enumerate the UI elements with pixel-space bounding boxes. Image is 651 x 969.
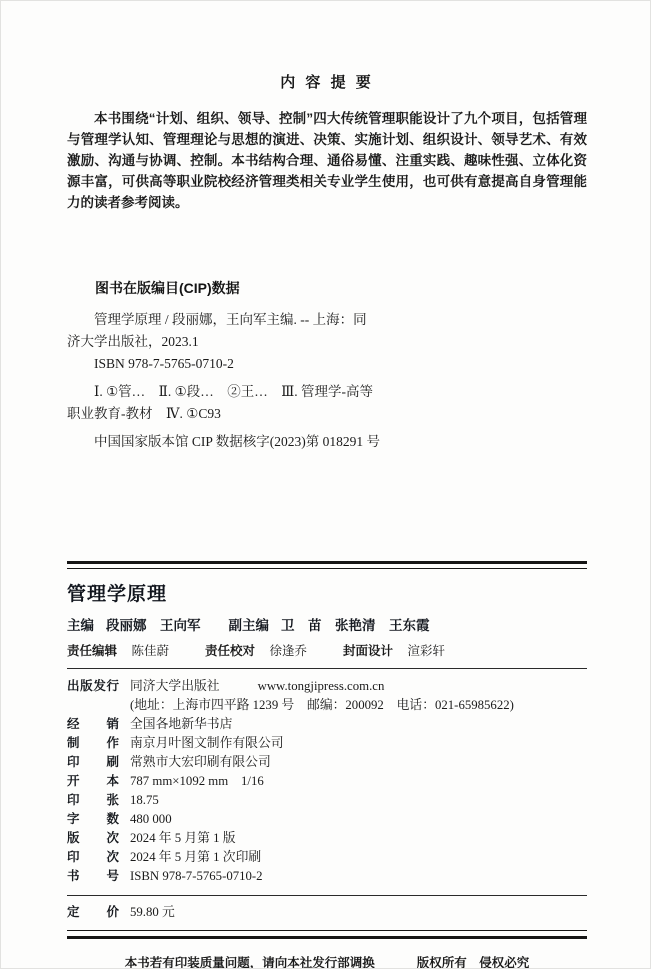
distribution-value: 全国各地新华书店: [130, 715, 232, 734]
isbn-label: 书号: [67, 867, 119, 886]
summary-title: 内 容 提 要: [67, 71, 587, 92]
cip-title-line: 管理学原理 / 段丽娜，王向军主编. -- 上海：同: [94, 309, 587, 331]
printing-label: 印刷: [67, 753, 119, 772]
chief-editor-label: 主编: [67, 614, 94, 634]
content-summary-section: 内 容 提 要 本书围绕“计划、组织、领导、控制”四大传统管理职能设计了九个项目…: [67, 1, 587, 213]
table-row-format: 开本 787 mm×1092 mm 1/16: [67, 772, 587, 791]
cip-heading: 图书在版编目(CIP)数据: [95, 277, 587, 299]
quality-notice: 本书若有印装质量问题，请向本社发行部调换: [125, 953, 375, 969]
table-row-distribution: 经销 全国各地新华书店: [67, 715, 587, 734]
table-row-wordcount: 字数 480 000: [67, 810, 587, 829]
cip-classification-line2: 职业教育-教材 Ⅳ. ①C93: [67, 403, 587, 425]
bottom-double-rule: [67, 930, 587, 939]
printing-value: 常熟市大宏印刷有限公司: [130, 753, 271, 772]
top-double-rule: [67, 561, 587, 569]
staff-row: 责任编辑 陈佳蔚 责任校对 徐逢乔 封面设计 渲彩轩: [67, 641, 587, 659]
format-label: 开本: [67, 772, 119, 791]
table-row-sheets: 印张 18.75: [67, 791, 587, 810]
proofreader-name: 徐逢乔: [270, 644, 308, 658]
cip-publisher-line: 济大学出版社，2023.1: [67, 331, 587, 353]
publisher-label: 出版发行: [67, 677, 119, 696]
publication-info-table: 出版发行 同济大学出版社 www.tongjipress.com.cn (地址：…: [67, 677, 587, 886]
format-value: 787 mm×1092 mm 1/16: [130, 772, 264, 791]
deputy-editor-names: 卫 苗 张艳清 王东霞: [281, 614, 430, 634]
staff-group: 责任编辑 陈佳蔚: [67, 641, 169, 659]
wordcount-value: 480 000: [130, 810, 172, 829]
chief-editor-names: 段丽娜 王向军: [106, 614, 201, 634]
book-copyright-page: 内 容 提 要 本书围绕“计划、组织、领导、控制”四大传统管理职能设计了九个项目…: [0, 0, 651, 969]
impression-value: 2024 年 5 月第 1 次印刷: [130, 848, 261, 867]
cover-design-name: 渲彩轩: [408, 644, 446, 658]
sheets-value: 18.75: [130, 791, 159, 810]
cover-design-label: 封面设计: [343, 644, 393, 658]
table-row-price: 定价 59.80 元: [67, 903, 587, 922]
page-content: 内 容 提 要 本书围绕“计划、组织、领导、控制”四大传统管理职能设计了九个项目…: [67, 1, 587, 969]
table-row-address: (地址：上海市四平路 1239 号 邮编：200092 电话：021-65985…: [67, 696, 587, 715]
isbn-value: ISBN 978-7-5765-0710-2: [130, 867, 263, 886]
publisher-name: 同济大学出版社: [130, 677, 220, 696]
book-title: 管理学原理: [67, 579, 587, 606]
responsible-editor-name: 陈佳蔚: [132, 644, 170, 658]
wordcount-label: 字数: [67, 810, 119, 829]
production-value: 南京月叶图文制作有限公司: [130, 734, 284, 753]
staff-divider-rule: [67, 668, 587, 669]
table-row-production: 制作 南京月叶图文制作有限公司: [67, 734, 587, 753]
table-row-isbn: 书号 ISBN 978-7-5765-0710-2: [67, 867, 587, 886]
cip-section: 图书在版编目(CIP)数据 管理学原理 / 段丽娜，王向军主编. -- 上海：同…: [67, 277, 587, 453]
publisher-address: (地址：上海市四平路 1239 号 邮编：200092 电话：021-65985…: [130, 696, 514, 715]
proofreader-label: 责任校对: [205, 644, 255, 658]
staff-group: 封面设计 渲彩轩: [343, 641, 445, 659]
table-row-printing: 印刷 常熟市大宏印刷有限公司: [67, 753, 587, 772]
impression-label: 印次: [67, 848, 119, 867]
deputy-editor-label: 副主编: [229, 614, 270, 634]
price-divider-rule: [67, 895, 587, 896]
summary-body: 本书围绕“计划、组织、领导、控制”四大传统管理职能设计了九个项目，包括管理与管理…: [67, 108, 587, 213]
sheets-label: 印张: [67, 791, 119, 810]
cip-record-number: 中国国家版本馆 CIP 数据核字(2023)第 018291 号: [94, 431, 587, 453]
edition-value: 2024 年 5 月第 1 版: [130, 829, 236, 848]
copyright-notice: 版权所有 侵权必究: [417, 953, 530, 969]
publisher-website: www.tongjipress.com.cn: [258, 677, 385, 696]
table-row-impression: 印次 2024 年 5 月第 1 次印刷: [67, 848, 587, 867]
staff-group: 责任校对 徐逢乔: [205, 641, 307, 659]
edition-label: 版次: [67, 829, 119, 848]
cip-classification-line1: Ⅰ. ①管… Ⅱ. ①段… ②王… Ⅲ. 管理学-高等: [94, 381, 587, 403]
editors-row: 主编 段丽娜 王向军 副主编 卫 苗 张艳清 王东霞: [67, 614, 587, 634]
production-label: 制作: [67, 734, 119, 753]
table-row-edition: 版次 2024 年 5 月第 1 版: [67, 829, 587, 848]
table-row-publisher: 出版发行 同济大学出版社 www.tongjipress.com.cn: [67, 677, 587, 696]
price-value: 59.80 元: [130, 903, 175, 922]
cip-isbn: ISBN 978-7-5765-0710-2: [94, 353, 587, 375]
colophon-section: 管理学原理 主编 段丽娜 王向军 副主编 卫 苗 张艳清 王东霞 责任编辑 陈佳…: [67, 561, 587, 969]
footer-notice-row: 本书若有印装质量问题，请向本社发行部调换 版权所有 侵权必究: [67, 953, 587, 969]
responsible-editor-label: 责任编辑: [67, 644, 117, 658]
distribution-label: 经销: [67, 715, 119, 734]
price-label: 定价: [67, 903, 119, 922]
